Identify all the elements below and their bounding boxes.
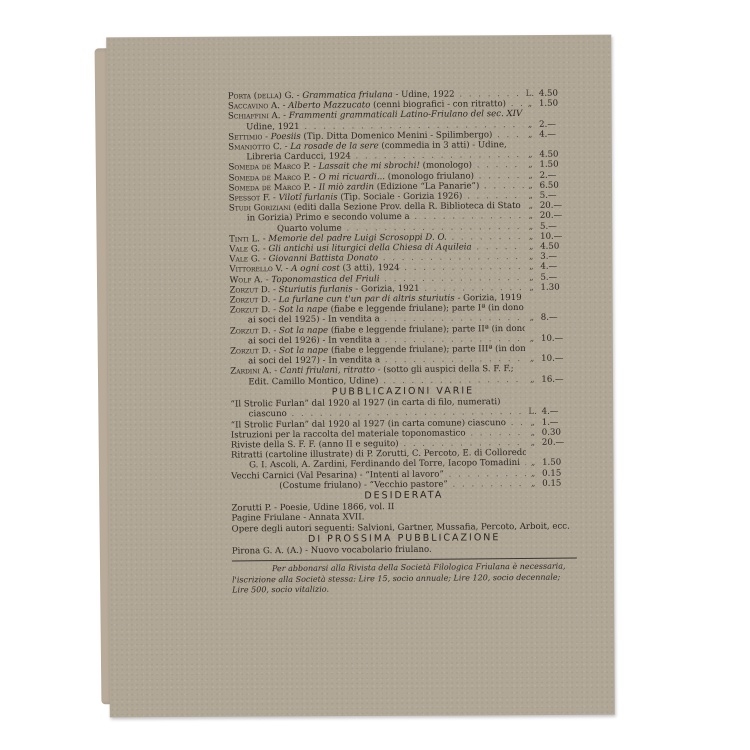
subscription-note: Per abbonarsi alla Rivista della Società… xyxy=(232,562,577,597)
entry-details: (3 atti), 1924 xyxy=(340,263,400,274)
entry-title: O mi ricuardi... xyxy=(319,172,385,183)
entry-price: 1.50 xyxy=(537,160,573,171)
leader-dots: . . . . . . . . . . . . . . . . . . . . … xyxy=(492,130,523,140)
entry-continuation: Edit. Camillo Montico, Udine) xyxy=(248,376,378,387)
ditto-mark: „ xyxy=(523,150,537,160)
ditto-mark: „ xyxy=(523,160,537,170)
leader-dots: . . . . . . . . . . . . . . . . . . . . … xyxy=(474,171,524,181)
entry-title: Grammatica friulana xyxy=(302,90,393,101)
entry-price: 20.— xyxy=(540,437,576,448)
ditto-mark: „ xyxy=(526,479,540,489)
leader-dots: . . . . . . . . . . . . . . . . . . . . … xyxy=(448,479,527,490)
entry-details: - Gorizia, 1921 xyxy=(353,284,420,295)
entry-title: Sturiutis furlanis xyxy=(279,284,353,295)
entry-title: Lassait che mi sbrochi! xyxy=(319,161,420,172)
entry-price: 2.— xyxy=(537,119,573,130)
entry-author: Zardini A. xyxy=(230,367,271,377)
entry-details: (monologo) xyxy=(420,161,472,171)
catalogue-content: Porta (della) G. - Grammatica friulana -… xyxy=(228,89,577,597)
leader-dots: . . . . . . . . . . . . . . . . . . . . … xyxy=(444,468,526,479)
desiderata-list: Zorutti P. - Poesie, Udine 1866, vol. II… xyxy=(231,501,576,535)
entry-details: (monologo friulano) xyxy=(385,171,474,182)
ditto-mark: „ xyxy=(526,438,540,448)
entry-price: 4.— xyxy=(538,262,574,273)
ditto-mark: „ xyxy=(524,170,538,180)
ditto-mark: „ xyxy=(524,262,538,272)
entry-continuation: Udine, 1921 xyxy=(246,121,300,131)
entry-title: Sot la nape xyxy=(279,346,328,356)
ditto-mark: „ xyxy=(525,374,539,384)
ditto-mark: „ xyxy=(524,221,538,231)
entry-price: 20.— xyxy=(538,211,574,222)
ditto-mark: „ xyxy=(526,458,540,468)
ditto-mark: „ xyxy=(524,283,538,293)
entry-author: Zorzut D. xyxy=(230,305,271,315)
entry-price: 4.— xyxy=(540,407,576,418)
leader-dots: . . . . . . . . . . . . . . . . . . . . … xyxy=(472,160,524,170)
ditto-mark: L. xyxy=(526,407,540,417)
ditto-mark: „ xyxy=(524,272,538,282)
entry-author: Smaniotto C. xyxy=(228,142,282,152)
entry-title: Canti friulani, ritratto xyxy=(280,366,375,377)
entry-continuation: Quarto volume xyxy=(277,223,342,234)
entry-author: Settimio xyxy=(228,132,262,142)
ditto-mark: „ xyxy=(523,99,537,109)
ditto-mark: „ xyxy=(524,191,538,201)
entry-title: Alberto Mazzucato xyxy=(288,100,370,111)
entry-title: Sot la nape xyxy=(279,325,328,335)
ditto-mark: „ xyxy=(524,201,538,211)
entry-details: (Edizione “La Panarie”) xyxy=(374,181,479,192)
entry-price: 5.— xyxy=(538,221,574,232)
entry-price: 5.— xyxy=(538,191,574,202)
leader-dots: . . . . . . . . . . . . . . . . . . . . … xyxy=(462,191,523,202)
entry-author: Saccavino A. xyxy=(228,101,280,111)
leader-dots: . . . . . . . . . . . . . . . . . . . . … xyxy=(378,375,525,386)
entry-author: Someda de Marco P. xyxy=(229,183,311,194)
entry-author: Someda de Marco P. xyxy=(228,162,310,173)
entry-price: 1.50 xyxy=(540,458,576,469)
entry-price: 10.— xyxy=(539,333,575,344)
entry-price: 8.— xyxy=(539,313,575,324)
entry-author: Wolf A. xyxy=(229,275,263,285)
entry-title: Toponomastica del Friuli xyxy=(271,274,379,285)
entry-title: Poesiis xyxy=(271,132,301,142)
leader-dots: . . . . . . . . . . . . . . . . . . . . … xyxy=(506,99,523,109)
leader-dots: . . . . . . . . . . . . . . . . . . . . … xyxy=(506,417,526,427)
entry-price: 10.— xyxy=(538,231,574,242)
entry-price: 4.50 xyxy=(537,150,573,161)
leader-dots: . . . . . . . . . . . . . . . . . . . . … xyxy=(472,242,525,252)
entry-price: 16.— xyxy=(539,374,575,385)
ditto-mark: „ xyxy=(526,417,540,427)
entry-details: - Gorizia, 1919 xyxy=(455,293,522,304)
entry-price: 4.50 xyxy=(537,89,573,100)
ditto-mark: „ xyxy=(526,468,540,478)
entry-price: 1.— xyxy=(540,417,576,428)
entry-price: 6.50 xyxy=(538,180,574,191)
ditto-mark: „ xyxy=(525,313,539,323)
entry-title: Sot la nape xyxy=(279,305,328,315)
catalogue-list: Porta (della) G. - Grammatica friulana -… xyxy=(228,89,576,388)
entry-price: 0.15 xyxy=(540,468,576,479)
leader-dots: . . . . . . . . . . . . . . . . . . . . … xyxy=(466,428,526,439)
divider xyxy=(232,558,577,562)
entry-details: - Udine, 1922 xyxy=(393,90,455,101)
entry-price: 0.15 xyxy=(540,478,576,489)
entry-author: Zorzut D. xyxy=(230,346,271,356)
entry-author: Studi Goriziani xyxy=(229,203,291,214)
ditto-mark: „ xyxy=(523,130,537,140)
leader-dots: . . . . . . . . . . . . . . . . . . . . … xyxy=(447,232,524,243)
entry-price: 4.— xyxy=(537,129,573,140)
entry-price: 5.— xyxy=(538,272,574,283)
entry-author: Spessot F. xyxy=(229,193,271,203)
ditto-mark: „ xyxy=(524,242,538,252)
entry-author: Someda de Marco P. xyxy=(229,172,311,183)
ditto-mark: „ xyxy=(524,181,538,191)
entry-price: 3.— xyxy=(538,252,574,263)
leader-dots: . . . . . . . . . . . . . . . . . . . . … xyxy=(420,283,525,294)
entry-continuation: ciascuno xyxy=(249,409,287,419)
leader-dots: . . . . . . . . . . . . . . . . . . . . … xyxy=(479,181,523,191)
entry-title: La rosade de la sere xyxy=(290,141,378,152)
entry-price: 1.30 xyxy=(538,282,574,293)
ditto-mark: „ xyxy=(525,334,539,344)
entry-price: 20.— xyxy=(538,201,574,212)
ditto-mark: „ xyxy=(524,232,538,242)
entry-author: Zorzut D. xyxy=(230,295,271,305)
ditto-mark: „ xyxy=(523,119,537,129)
entry-title: Giovanni Battista Donato xyxy=(269,253,379,264)
entry-author: Schiaffini A. xyxy=(228,111,280,121)
entry-title: A ogni cost xyxy=(291,264,340,274)
entry-price: 2.— xyxy=(538,170,574,181)
entry-author: Vale G. xyxy=(229,244,260,254)
ditto-mark: „ xyxy=(524,211,538,221)
entry-price: 4.50 xyxy=(538,242,574,253)
ditto-mark: L. xyxy=(523,89,537,99)
entry-author: Vale G. xyxy=(229,254,260,264)
entry-title: Vilotî furlanis xyxy=(279,193,338,204)
entry-price: 10.— xyxy=(539,354,575,365)
prossima-list: Pirona G. A. (A.) - Nuovo vocabolario fr… xyxy=(232,543,577,556)
entry-continuation: Libreria Carducci, 1924 xyxy=(246,152,351,163)
entry-author: Zorzut D. xyxy=(230,326,271,336)
varie-list: “Il Strolic Furlan” dal 1920 al 1927 (in… xyxy=(230,397,576,492)
ditto-mark: „ xyxy=(525,354,539,364)
ditto-mark: „ xyxy=(526,428,540,438)
entry-title: Il miò zardin xyxy=(319,182,374,192)
entry-author: Vittorello V. xyxy=(229,264,283,274)
entry-price: 1.50 xyxy=(537,99,573,110)
entry-author: Zorzut D. xyxy=(229,285,270,295)
entry-author: Porta (della) G. xyxy=(228,91,294,102)
entry-price: 0.30 xyxy=(540,427,576,438)
ditto-mark: „ xyxy=(524,252,538,262)
prossima-item: Pirona G. A. (A.) - Nuovo vocabolario fr… xyxy=(232,543,577,556)
leader-dots: . . . . . . . . . . . . . . . . . . . . … xyxy=(455,89,523,100)
entry-author: Tinti L. xyxy=(229,234,260,244)
